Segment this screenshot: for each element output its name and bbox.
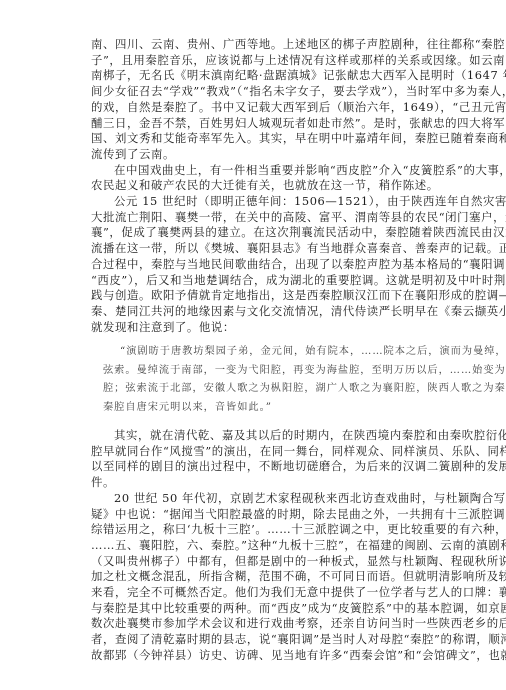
body-text-line: 件。: [91, 475, 505, 489]
body-text-line: 与秦腔是其中比较重要的两种。而“西皮”成为“皮簧腔系”中的基本腔调，如京剧。我们…: [91, 601, 505, 615]
body-text-line: 秦、楚同江共河的地缘因素与文化交流情况，清代侍读严长明早在《秦云撷英小谱·小惠》…: [91, 304, 505, 318]
body-text-line: 腔早就同台作“风搅雪”的演出，在同一舞台，同样观众、同样演员、乐队、同样的锣鼓节…: [91, 444, 505, 458]
body-text-line: 酺三日，金吾不禁，百姓男妇人城观玩者如赴市然”。是时，张献忠的四大将军，孙可望、…: [91, 116, 505, 130]
body-text-line: 国、刘文秀和艾能奇率军先入。其实，早在明中叶嘉靖年间，秦腔已随着秦商和艺人的冲州…: [91, 131, 505, 145]
block-quote-line: 腔；弦索流于北部，安徽人歌之为枞阳腔，湖广人歌之为襄阳腔，陕西人歌之为秦腔。: [103, 382, 503, 395]
block-quote-line: 秦腔自唐宋元明以来，音皆如此。”: [103, 401, 503, 414]
body-text-line: 大批流亡荆阳、襄樊一带，在关中的高陵、富平、渭南等县的农民“闭门塞户，逃窜趁食荆: [91, 210, 505, 224]
body-text-line: 南梆子，无名氏《明末滇南纪略·盘踞滇城》记张献忠大西军入昆明时（1647 年 4…: [91, 68, 505, 82]
body-text-line: 其实，就在清代乾、嘉及其以后的时期内，在陕西境内秦腔和由秦吹腔衍化而成的本地二簧: [114, 428, 505, 442]
body-text-line: 疑》中也说：“据闻当弋阳腔最盛的时期，除去昆曲之外，一共拥有十三派腔调，而以九种…: [91, 507, 505, 521]
block-quote-line: “演剧昉于唐教坊梨园子弟，金元间，始有院本，……院本之后，演而为曼绰，为: [120, 345, 503, 358]
body-text-line: 来看，完全不可概然否定。他们为我们无意中提供了一位学者与艺人的口牌：襄阳腔（即西…: [91, 585, 505, 599]
body-text-line: 间少女征召去“学戏”“教戏”（“指名未字女子，要去学戏”），当时军中多为秦人，所…: [91, 84, 505, 98]
body-text-line: 践与创造。欧阳予倩就肯定地指出，这是西秦腔顺汉江而下在襄阳形成的腔调——西皮。其…: [91, 288, 505, 302]
body-text-line: 南、四川、云南、贵州、广西等地。上述地区的梆子声腔剧种，往往都称“秦腔”或称“梆: [91, 37, 505, 51]
body-text-line: 的戏，自然是秦腔了。书中又记载大西军到后（顺治六年，1649），“己丑元宵，四门…: [91, 100, 505, 114]
body-text-line: 者，查阅了清乾嘉时期的县志，说“襄阳调”是当时人对母腔“秦腔”的称谓，顺河又去楚…: [91, 632, 505, 646]
body-text-line: 20 世纪 50 年代初，京剧艺术家程砚秋来西北访查戏曲时，与杜颖陶合写的《秦腔…: [114, 491, 505, 505]
body-text-line: 襄”，促成了襄樊两县的建立。在这次荆襄流民活动中，秦腔随着陕西流民由汉水、丹江南…: [91, 225, 505, 239]
body-text-line: 以至同样的剧目的演出过程中，不断地切磋磨合，为后来的汉调二簧剧种的发展逐渐创造着…: [91, 459, 505, 473]
body-text-line: （又叫贵州梆子）中都有，但都是剧中的一种板式，显然与杜颖陶、程砚秋所说“传闻”不…: [91, 554, 505, 568]
body-text-line: 故都郢（今钟祥县）访史、访碑、见当地有许多“西秦会馆”和“会馆碑文”，也就更确定…: [91, 648, 505, 662]
body-text-line: 综错运用之，称曰‘九板十三腔’。……十三派腔调之中，更比较重要的有六种，一、弋阳…: [91, 522, 505, 536]
body-text-line: 公元 15 世纪时（即明正德年间：1506—1521），由于陕西连年自然灾害和战…: [114, 194, 505, 208]
block-quote-line: 弦索。曼绰流于南部，一变为弋阳腔，再变为海盐腔，至明万历以后，……始变为昆山: [103, 364, 503, 377]
body-text-line: 流播在这一带，所以《樊城、襄阳县志》有当地群众喜秦音、善秦声的记载。正是这一文化…: [91, 241, 505, 255]
body-text-line: 加之杜文概念混乱，所指含糊，范围不确，不可同日而语。但就明清影响所及较大者的声腔…: [91, 569, 505, 583]
body-text-line: 合过程中，秦腔与当地民间歌曲结合，出现了以秦腔声腔为基本格局的“襄阳调”（即后世…: [91, 257, 505, 271]
body-text-line: 在中国戏曲史上，有一件相当重要并影响“西皮腔”介入“皮簧腔系”的大事，因为仍与: [114, 163, 505, 177]
body-text-line: 子”，且用秦腔音乐，应该说都与上述情况有这样或那样的关系或因缘。如云南的滇剧，又…: [91, 53, 505, 67]
body-text-line: ……五、襄阳腔，六、秦腔。”这种“九板十三腔”，在福建的闽剧、云南的滇剧和贵州的…: [91, 538, 505, 552]
body-text-line: 流传到了云南。: [91, 147, 505, 161]
document-page: 南、四川、云南、贵州、广西等地。上述地区的梆子声腔剧种，往往都称“秦腔”或称“梆…: [0, 0, 506, 690]
body-text-line: 农民起义和破产农民的大迁徙有关，也就放在这一节，稍作陈述。: [91, 178, 505, 192]
body-text-line: 数次赴襄樊市参加学术会议和进行戏曲考察，还亲自访问当时一些陕西老乡的后人及音乐工…: [91, 616, 505, 630]
body-text-line: “西皮”），后又和当地楚调结合，成为湖北的重要腔调。这就是明初及中叶时荆襄流民的…: [91, 273, 505, 287]
body-text-line: 就发现和注意到了。他说：: [91, 320, 505, 334]
